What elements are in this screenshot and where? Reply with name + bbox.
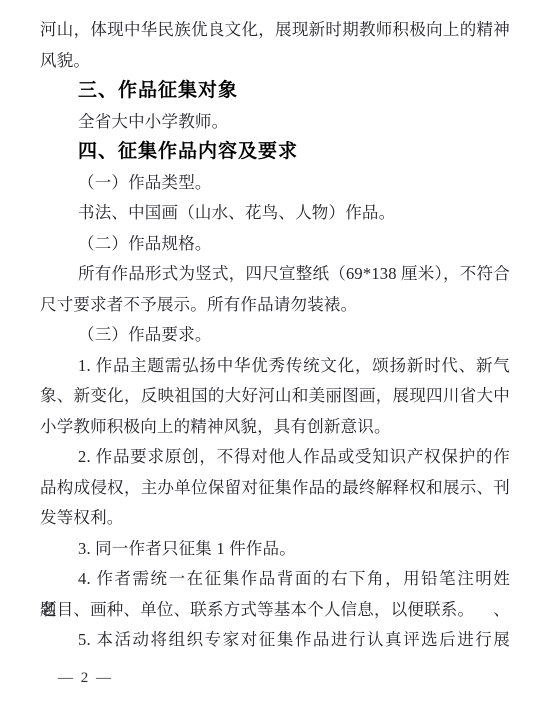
text-line: 小学教师积极向上的精神风貌，具有创新意识。 [40,412,510,443]
document-body: 河山，体现中华民族优良文化，展现新时期教师积极向上的精神风貌。三、作品征集对象全… [40,15,510,656]
text-line: 所有作品形式为竖式，四尺宣整纸（69*138 厘米），不符合 [40,259,510,290]
text-line: 题目、画种、单位、联系方式等基本个人信息，以便联系。 [40,595,510,626]
text-line: 象、新变化，反映祖国的大好河山和美丽图画，展现四川省大中 [40,381,510,412]
text-line: 尺寸要求者不予展示。所有作品请勿装裱。 [40,290,510,321]
text-line: 四、征集作品内容及要求 [40,137,510,168]
text-line: （二）作品规格。 [40,229,510,260]
document-page: 河山，体现中华民族优良文化，展现新时期教师积极向上的精神风貌。三、作品征集对象全… [0,0,550,656]
text-line: （一）作品类型。 [40,168,510,199]
text-line: （三）作品要求。 [40,320,510,351]
text-line: 书法、中国画（山水、花鸟、人物）作品。 [40,198,510,229]
text-line: 三、作品征集对象 [40,76,510,107]
text-line: 品构成侵权，主办单位保留对征集作品的最终解释权和展示、刊 [40,473,510,504]
text-line: 风貌。 [40,46,510,77]
text-line: 发等权利。 [40,503,510,534]
text-line: 河山，体现中华民族优良文化，展现新时期教师积极向上的精神 [40,15,510,46]
text-line: 5. 本活动将组织专家对征集作品进行认真评选后进行展 [40,625,510,656]
text-line: 3. 同一作者只征集 1 件作品。 [40,534,510,565]
page-number: — 2 — [58,670,113,687]
text-line: 全省大中小学教师。 [40,107,510,138]
text-line: 2. 作品要求原创，不得对他人作品或受知识产权保护的作 [40,442,510,473]
text-line: 4. 作者需统一在征集作品背面的右下角，用铅笔注明姓名、 [40,564,510,595]
text-line: 1. 作品主题需弘扬中华优秀传统文化，颂扬新时代、新气 [40,351,510,382]
